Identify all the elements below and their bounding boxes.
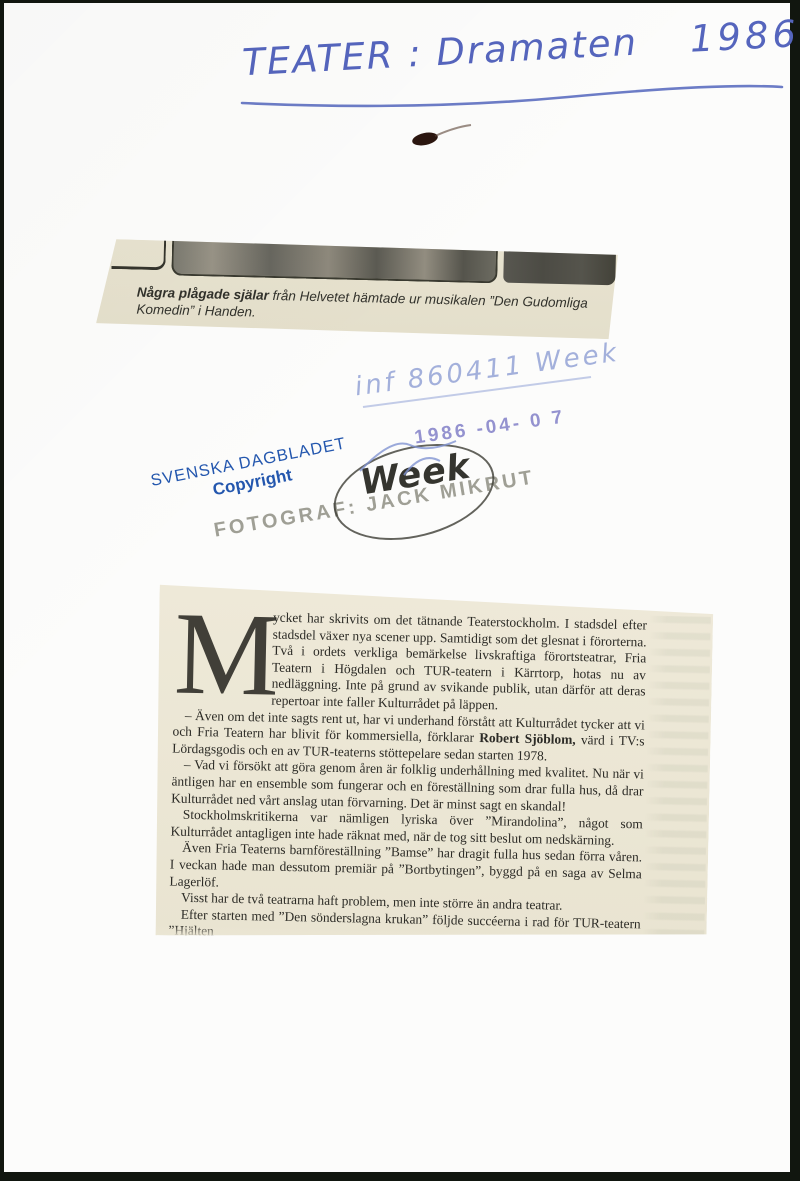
- photo-frame-corner: [111, 239, 166, 270]
- photo-fragment-row: [97, 239, 618, 289]
- article-paragraph-7: Efter starten med ”Den sönderslagna kruk…: [168, 906, 641, 949]
- handwritten-underline: [238, 81, 786, 111]
- article-paragraph-3: – Vad vi försökt att göra genom åren är …: [171, 757, 644, 817]
- handwritten-inventory-note: inf 860411 Week: [353, 338, 621, 403]
- handwritten-year: 1986: [689, 12, 800, 61]
- p2-pre: – Även om det inte sagts rent ut, har vi…: [172, 707, 645, 745]
- article-paragraph-6: Visst har de två teatrarna haft problem,…: [169, 890, 641, 916]
- copyright-stamp-name: SVENSKA DAGBLADET: [146, 434, 351, 492]
- article-paragraph-4: Stockholmskritikerna var nämligen lyrisk…: [170, 807, 643, 850]
- inventory-note-underline: [363, 376, 591, 408]
- article-paragraph-5: Även Fria Teaterns barnföreställning ”Ba…: [169, 840, 642, 900]
- article-paragraph-1: ycket har skrivits om det tätnande Teate…: [173, 608, 647, 717]
- signature-scribble: [352, 431, 472, 481]
- caption-clipping: Några plågade själar från Helvetet hämta…: [96, 239, 618, 340]
- photo-fragment-center: [171, 240, 498, 283]
- article-text: M ycket har skrivits om det tätnande Tea…: [152, 581, 665, 949]
- article-dropcap: M: [173, 610, 269, 699]
- scanned-photo-back: TEATER : Dramaten 1986 Några plågade sjä…: [4, 3, 790, 1172]
- photo-caption: Några plågade själar från Helvetet hämta…: [136, 285, 589, 329]
- article-clipping: M ycket har skrivits om det tätnande Tea…: [152, 581, 713, 947]
- handwritten-title: TEATER : Dramaten 1986: [241, 13, 788, 84]
- handwritten-title-text: TEATER : Dramaten: [241, 21, 639, 85]
- article-paragraph-2: – Även om det inte sagts rent ut, har vi…: [172, 707, 645, 767]
- photo-fragment-right: [503, 249, 616, 286]
- ink-smudge: [397, 113, 487, 157]
- p2-bold-name: Robert Sjöblom,: [479, 730, 576, 747]
- paper-bleed-through: [642, 615, 711, 946]
- photo-caption-lead: Några plågade själar: [137, 285, 273, 303]
- photo-caption-rest: från Helvetet hämtade ur musikalen ”Den …: [136, 288, 588, 319]
- clipping-cut-edge: [152, 925, 706, 947]
- p2-post: värd i TV:s Lördagsgodis och en av TUR-t…: [172, 732, 645, 763]
